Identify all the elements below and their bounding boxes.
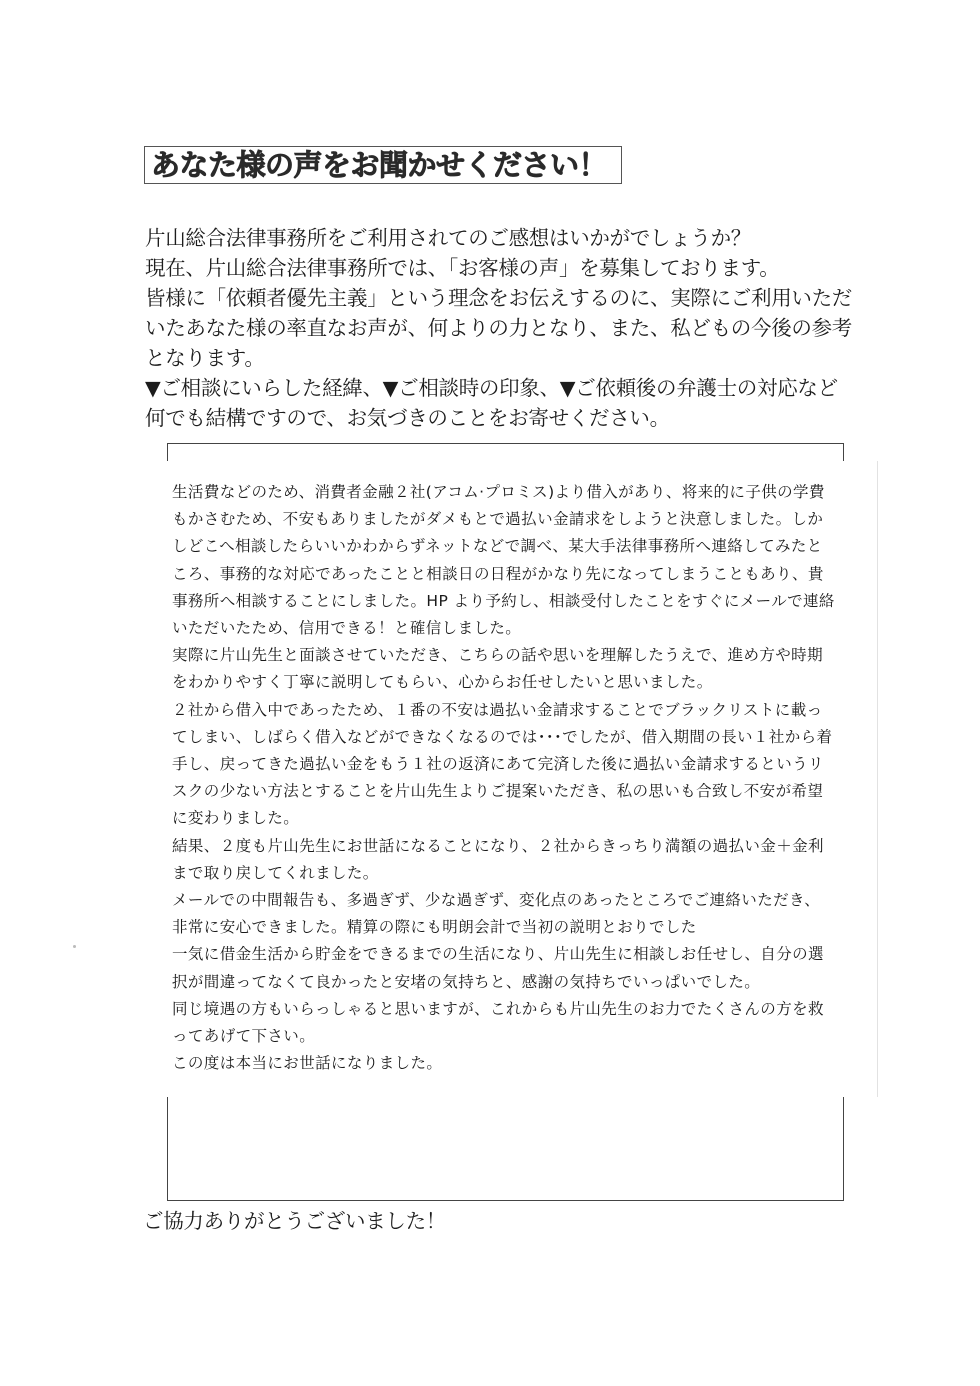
voice-line: 結果、２度も片山先生にお世話になることになり、２社からきっちり満額の過払い金＋金… (172, 833, 872, 860)
voice-line: てしまい、しばらく借入などができなくなるのでは･･･でしたが、借入期間の長い１社… (172, 724, 872, 751)
intro-line: いたあなた様の率直なお声が、何よりの力となり、また、私どもの今後の参考 (145, 313, 865, 343)
voice-line: 択が間違ってなくて良かったと安堵の気持ちと、感謝の気持ちでいっぱいでした。 (172, 969, 872, 996)
intro-line: 何でも結構ですので、お気づきのことをお寄せください。 (145, 403, 865, 433)
intro-paragraph: 片山総合法律事務所をご利用されてのご感想はいかがでしょうか？ 現在、片山総合法律… (145, 223, 865, 433)
voice-line: この度は本当にお世話になりました。 (172, 1050, 872, 1077)
voice-line: をわかりやすく丁寧に説明してもらい、心からお任せしたいと思いました。 (172, 669, 872, 696)
voice-line: ２社から借入中であったため、１番の不安は過払い金請求することでブラックリストに載… (172, 697, 872, 724)
thanks-message: ご協力ありがとうございました！ (143, 1204, 446, 1234)
voice-line: 同じ境遇の方もいらっしゃると思いますが、これからも片山先生のお力でたくさんの方を… (172, 996, 872, 1023)
voice-line: に変わりました。 (172, 805, 872, 832)
scan-speck (73, 945, 76, 948)
voice-line: 実際に片山先生と面談させていただき、こちらの話や思いを理解したうえで、進め方や時… (172, 642, 872, 669)
intro-line: 現在、片山総合法律事務所では、「お客様の声」を募集しております。 (145, 253, 865, 283)
voice-line: まで取り戻してくれました。 (172, 860, 872, 887)
intro-line: 皆様に「依頼者優先主義」という理念をお伝えするのに、実際にご利用いただ (145, 283, 865, 313)
voice-line: 生活費などのため、消費者金融２社(アコム·プロミス)より借入があり、将来的に子供… (172, 479, 872, 506)
customer-voice-text: 生活費などのため、消費者金融２社(アコム·プロミス)より借入があり、将来的に子供… (172, 479, 872, 1077)
voice-line: いただいたため、信用できる！と確信しました。 (172, 615, 872, 642)
voice-line: スクの少ない方法とすることを片山先生よりご提案いただき、私の思いも合致し不安が希… (172, 778, 872, 805)
voice-line: もかさむため、不安もありましたがダメもとで過払い金請求をしようと決意しました。し… (172, 506, 872, 533)
voice-line: しどこへ相談したらいいかわからずネットなどで調べ、某大手法律事務所へ連絡してみた… (172, 533, 872, 560)
intro-line: ▼ご相談にいらした経緯、▼ご相談時の印象、▼ご依頼後の弁護士の対応など (145, 373, 865, 403)
voice-line: 手し、戻ってきた過払い金をもう１社の返済にあて完済した後に過払い金請求するという… (172, 751, 872, 778)
voice-line: ってあげて下さい。 (172, 1023, 872, 1050)
title-banner: あなた様の声をお聞かせください！ (144, 146, 622, 184)
page-title: あなた様の声をお聞かせください！ (151, 151, 607, 180)
voice-line: ころ、事務的な対応であったことと相談日の日程がかなり先になってしまうこともあり、… (172, 561, 872, 588)
voice-line: 事務所へ相談することにしました。HP より予約し、相談受付したことをすぐにメール… (172, 588, 872, 615)
intro-line: となります。 (145, 343, 865, 373)
intro-line: 片山総合法律事務所をご利用されてのご感想はいかがでしょうか？ (145, 223, 865, 253)
voice-line: メールでの中間報告も、多過ぎず、少な過ぎず、変化点のあったところでご連絡いただき… (172, 887, 872, 914)
voice-line: 一気に借金生活から貯金をできるまでの生活になり、片山先生に相談しお任せし、自分の… (172, 941, 872, 968)
voice-line: 非常に安心できました。精算の際にも明朗会計で当初の説明とおりでした (172, 914, 872, 941)
